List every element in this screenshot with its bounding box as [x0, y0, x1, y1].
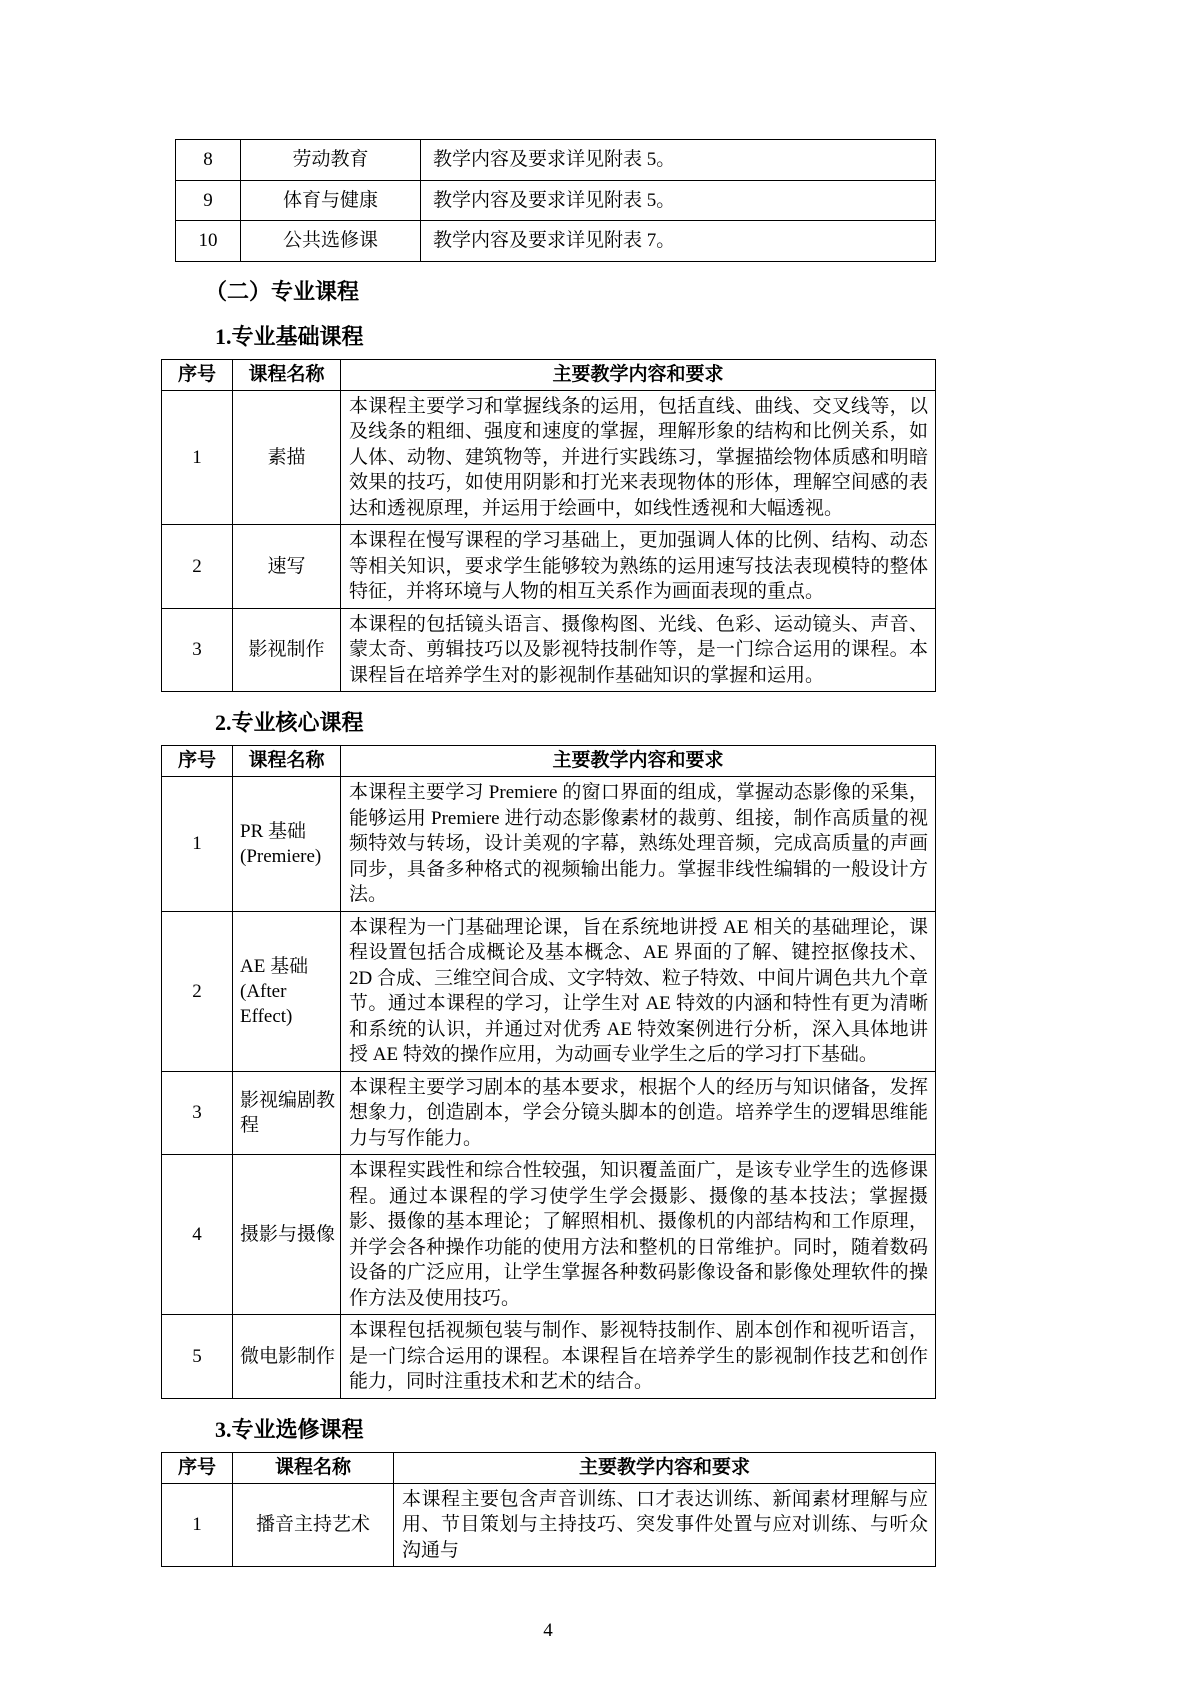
table-row: 1 素描 本课程主要学习和掌握线条的运用，包括直线、曲线、交叉线等，以及线条的粗… [162, 390, 936, 525]
course-name: 速写 [233, 525, 341, 609]
table-row: 3 影视编剧教程 本课程主要学习剧本的基本要求，根据个人的经历与知识储备，发挥想… [162, 1071, 936, 1155]
table-row: 1 PR 基础 (Premiere) 本课程主要学习 Premiere 的窗口界… [162, 777, 936, 912]
table-row: 2 AE 基础 (After Effect) 本课程为一门基础理论课，旨在系统地… [162, 911, 936, 1071]
row-number: 9 [176, 180, 241, 221]
course-name: 影视制作 [233, 608, 341, 692]
course-description: 本课程主要学习 Premiere 的窗口界面的组成，掌握动态影像的采集，能够运用… [341, 777, 936, 912]
table-row: 4 摄影与摄像 本课程实践性和综合性较强，知识覆盖面广，是该专业学生的选修课程。… [162, 1155, 936, 1315]
course-name: 微电影制作 [233, 1315, 341, 1399]
row-number: 4 [162, 1155, 233, 1315]
subsection-heading-core: 2.专业核心课程 [215, 706, 935, 737]
course-name: 体育与健康 [241, 180, 421, 221]
page-number: 4 [161, 1620, 935, 1642]
row-number: 8 [176, 140, 241, 181]
course-name: PR 基础 (Premiere) [233, 777, 341, 912]
course-description: 本课程主要学习和掌握线条的运用，包括直线、曲线、交叉线等，以及线条的粗细、强度和… [341, 390, 936, 525]
row-number: 2 [162, 525, 233, 609]
row-number: 1 [162, 390, 233, 525]
row-number: 10 [176, 221, 241, 262]
row-number: 1 [162, 1483, 233, 1567]
row-number: 3 [162, 1071, 233, 1155]
course-description: 本课程主要包含声音训练、口才表达训练、新闻素材理解与应用、节目策划与主持技巧、突… [394, 1483, 936, 1567]
course-description: 本课程的包括镜头语言、摄像构图、光线、色彩、运动镜头、声音、蒙太奇、剪辑技巧以及… [341, 608, 936, 692]
course-description: 教学内容及要求详见附表 7。 [421, 221, 936, 262]
column-header-name: 课程名称 [233, 1452, 394, 1483]
column-header-content: 主要教学内容和要求 [341, 359, 936, 390]
section-heading: （二）专业课程 [205, 275, 935, 306]
header-row: 序号 课程名称 主要教学内容和要求 [162, 1452, 936, 1483]
column-header-content: 主要教学内容和要求 [341, 746, 936, 777]
course-name: 公共选修课 [241, 221, 421, 262]
course-name: 劳动教育 [241, 140, 421, 181]
basic-courses-table: 序号 课程名称 主要教学内容和要求 1 素描 本课程主要学习和掌握线条的运用，包… [161, 359, 936, 693]
table-row: 1 播音主持艺术 本课程主要包含声音训练、口才表达训练、新闻素材理解与应用、节目… [162, 1483, 936, 1567]
course-description: 本课程主要学习剧本的基本要求，根据个人的经历与知识储备，发挥想象力，创造剧本，学… [341, 1071, 936, 1155]
table-row: 2 速写 本课程在慢写课程的学习基础上，更加强调人体的比例、结构、动态等相关知识… [162, 525, 936, 609]
row-number: 2 [162, 911, 233, 1071]
column-header-content: 主要教学内容和要求 [394, 1452, 936, 1483]
table-row: 10 公共选修课 教学内容及要求详见附表 7。 [176, 221, 936, 262]
table-row: 3 影视制作 本课程的包括镜头语言、摄像构图、光线、色彩、运动镜头、声音、蒙太奇… [162, 608, 936, 692]
course-description: 本课程实践性和综合性较强，知识覆盖面广，是该专业学生的选修课程。通过本课程的学习… [341, 1155, 936, 1315]
course-description: 本课程为一门基础理论课，旨在系统地讲授 AE 相关的基础理论，课程设置包括合成概… [341, 911, 936, 1071]
public-courses-overflow-table: 8 劳动教育 教学内容及要求详见附表 5。 9 体育与健康 教学内容及要求详见附… [175, 139, 936, 262]
page-content: 8 劳动教育 教学内容及要求详见附表 5。 9 体育与健康 教学内容及要求详见附… [161, 0, 935, 1567]
column-header-num: 序号 [162, 1452, 233, 1483]
row-number: 3 [162, 608, 233, 692]
course-description: 教学内容及要求详见附表 5。 [421, 180, 936, 221]
course-name: 摄影与摄像 [233, 1155, 341, 1315]
table-row: 9 体育与健康 教学内容及要求详见附表 5。 [176, 180, 936, 221]
column-header-num: 序号 [162, 746, 233, 777]
header-row: 序号 课程名称 主要教学内容和要求 [162, 746, 936, 777]
subsection-heading-basic: 1.专业基础课程 [215, 320, 935, 351]
subsection-heading-elective: 3.专业选修课程 [215, 1413, 935, 1444]
row-number: 5 [162, 1315, 233, 1399]
document-page: 8 劳动教育 教学内容及要求详见附表 5。 9 体育与健康 教学内容及要求详见附… [0, 0, 1191, 1684]
elective-courses-table: 序号 课程名称 主要教学内容和要求 1 播音主持艺术 本课程主要包含声音训练、口… [161, 1452, 936, 1568]
course-description: 教学内容及要求详见附表 5。 [421, 140, 936, 181]
course-name: AE 基础 (After Effect) [233, 911, 341, 1071]
table-row: 5 微电影制作 本课程包括视频包装与制作、影视特技制作、剧本创作和视听语言，是一… [162, 1315, 936, 1399]
core-courses-table: 序号 课程名称 主要教学内容和要求 1 PR 基础 (Premiere) 本课程… [161, 745, 936, 1399]
course-description: 本课程包括视频包装与制作、影视特技制作、剧本创作和视听语言，是一门综合运用的课程… [341, 1315, 936, 1399]
header-row: 序号 课程名称 主要教学内容和要求 [162, 359, 936, 390]
course-name: 素描 [233, 390, 341, 525]
table-row: 8 劳动教育 教学内容及要求详见附表 5。 [176, 140, 936, 181]
course-name: 影视编剧教程 [233, 1071, 341, 1155]
column-header-name: 课程名称 [233, 746, 341, 777]
course-name: 播音主持艺术 [233, 1483, 394, 1567]
course-description: 本课程在慢写课程的学习基础上，更加强调人体的比例、结构、动态等相关知识，要求学生… [341, 525, 936, 609]
column-header-name: 课程名称 [233, 359, 341, 390]
row-number: 1 [162, 777, 233, 912]
column-header-num: 序号 [162, 359, 233, 390]
